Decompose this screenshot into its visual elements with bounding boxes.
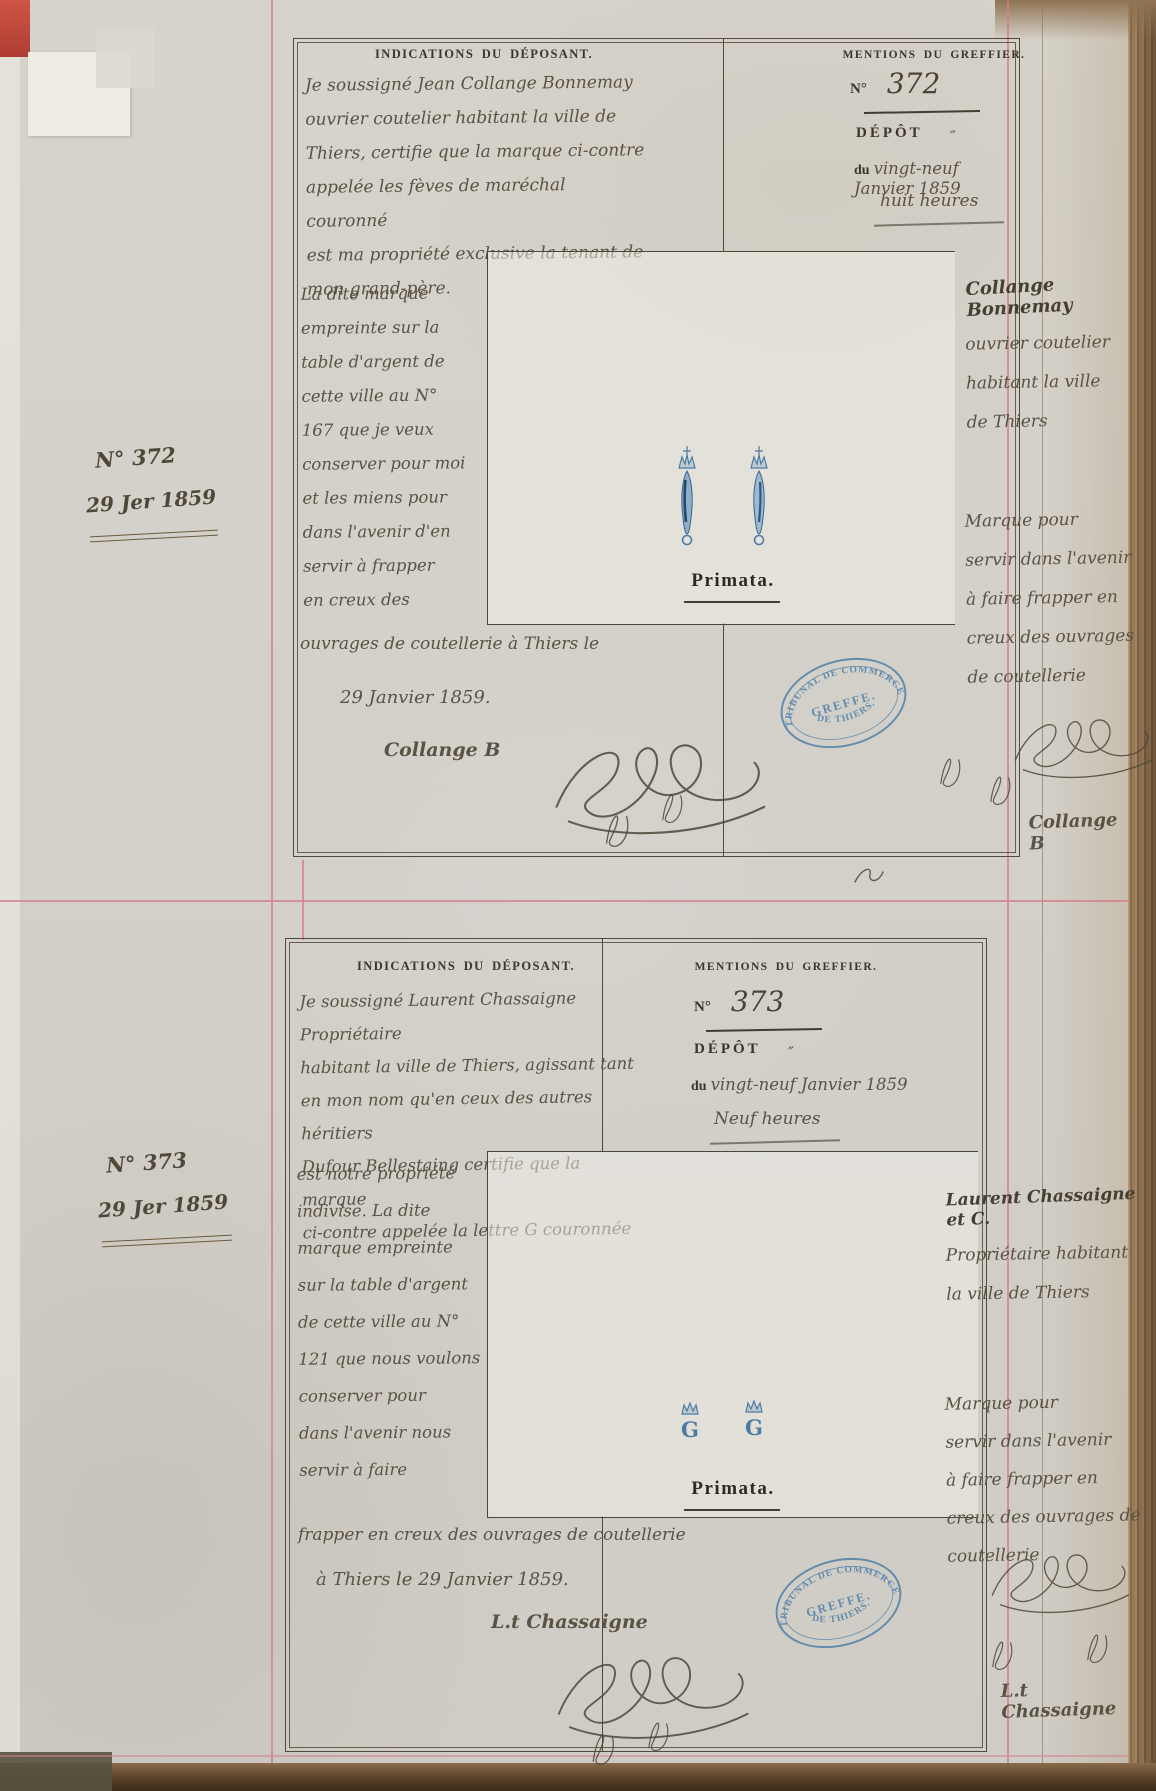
mark-letter: G [678,1420,702,1440]
bottom-left-dark-patch [0,1752,112,1791]
depositor-name: Collange Bonnemay [965,269,1156,321]
greffier-depositor-signature: L.t Chassaigne [1000,1677,1116,1723]
paraph-mark [934,751,968,789]
number-label: N° [850,81,867,97]
depositor-details: ouvrier coutelier habitant la ville de T… [965,322,1156,442]
depot-date-value: vingt-neuf Janvier 1859 [711,1075,908,1094]
header-mentions-greffier: MENTIONS DU GREFFIER. [641,961,931,973]
paper-fragment-grey [96,28,154,88]
margin-note-underline-372 [90,530,218,543]
deposit-record-372: INDICATIONS DU DÉPOSANT. MENTIONS DU GRE… [293,38,1020,857]
number-value: 373 [731,985,784,1018]
depot-time: Neuf heures [714,1109,820,1129]
margin-note-number-373: N° 373 [105,1147,187,1178]
greffier-depositor-signature: Collange B [1028,809,1118,854]
deposit-record-373: INDICATIONS DU DÉPOSANT. MENTIONS DU GRE… [285,938,987,1752]
depot-date-row: du vingt-neuf Janvier 1859 [691,1075,908,1095]
depot-time: huit heures [880,191,978,211]
row-rule-bottom [0,1755,1130,1757]
registration-number-row: N° 373 [694,985,784,1018]
pen-squiggle [852,862,886,888]
crowned-blade-mark [674,444,700,552]
margin-note-underline-373 [102,1235,232,1248]
margin-note-date-373: 29 Jer 1859 [97,1189,229,1222]
mark-letter: G [742,1418,766,1438]
paraph-mark [599,807,637,849]
header-mentions-greffier: MENTIONS DU GREFFIER. [814,49,1054,61]
closing-date-line: à Thiers le 29 Janvier 1859. [316,1569,569,1590]
paraph-mark [642,1715,676,1753]
depot-label: DÉPÔT [694,1041,761,1058]
tribunal-de-commerce-stamp: TRIBUNAL DE COMMERCE DE THIERS. GREFFE. [766,640,921,766]
greffier-depositor-note: Laurent Chassaigne et C. Propriétaire ha… [946,1187,1146,1313]
depot-ditto-mark: ″ [788,1043,794,1062]
paraph-mark [1081,1627,1115,1665]
depot-ditto-mark: ″ [950,127,956,146]
header-indications-deposant: INDICATIONS DU DÉPOSANT. [301,959,631,974]
calibration-patch-red [0,0,30,57]
row-rule-middle [0,900,1130,902]
registration-number-row: N° 372 [850,67,940,100]
crowned-blade-mark [746,444,772,552]
tribunal-de-commerce-stamp: TRIBUNAL DE COMMERCE DE THIERS. GREFFE. [761,1540,916,1666]
deposant-signature: Collange B [384,739,500,761]
primata-underline [684,601,780,603]
crowned-G-mark: G [678,1402,702,1440]
depot-time-underline [710,1139,840,1144]
depot-date-prefix: du [691,1079,707,1094]
paraph-mark [986,1634,1020,1672]
depositor-details: Propriétaire habitant la ville de Thiers [945,1233,1146,1314]
declaration-side-text: La dite marque empreinte sur la table d'… [301,276,484,618]
declaration-side-text: est notre propriété indivise. La dite ma… [297,1154,485,1489]
left-paper-edge [0,0,20,1791]
crowned-G-mark: G [742,1400,766,1438]
margin-note-date-372: 29 Jer 1859 [85,484,217,517]
header-indications-deposant: INDICATIONS DU DÉPOSANT. [314,47,654,62]
primata-caption: Primata. [638,1478,828,1500]
paraph-mark [656,787,690,825]
number-label: N° [694,999,711,1015]
deposant-signature: L.t Chassaigne [491,1611,648,1633]
paraph-mark [984,769,1018,807]
mark-frame: G G Primata. [487,1151,978,1518]
bottom-book-edge [0,1763,1156,1791]
depot-date-prefix: du [854,163,870,178]
depot-label: DÉPÔT [856,125,923,142]
depositor-name: Laurent Chassaigne et C. [945,1184,1146,1231]
greffier-depositor-note: Collange Bonnemay ouvrier coutelier habi… [966,274,1156,441]
margin-note-number-372: N° 372 [94,442,176,473]
greffier-marque-note: Marque pour servir dans l'avenir à faire… [964,499,1156,697]
number-underline [864,110,980,114]
number-underline [706,1028,822,1032]
top-right-page-corner [995,0,1156,40]
primata-caption: Primata. [638,570,828,592]
greffier-signature-flourish [1009,704,1156,789]
depot-time-underline [874,221,1004,226]
primata-underline [684,1509,780,1511]
greffier-signature-flourish [986,1539,1146,1624]
number-value: 372 [887,67,940,100]
margin-rule-left [271,0,273,1763]
closing-date-line: 29 Janvier 1859. [340,687,491,708]
register-page-scan: N° 372 29 Jer 1859 N° 373 29 Jer 1859 IN… [0,0,1156,1791]
paraph-mark [586,1727,622,1767]
closing-line: ouvrages de coutellerie à Thiers le [300,634,730,654]
column-divider-upper [723,39,724,251]
closing-line: frapper en creux des ouvrages de coutell… [298,1525,768,1545]
mark-frame: Primata. [487,251,955,625]
